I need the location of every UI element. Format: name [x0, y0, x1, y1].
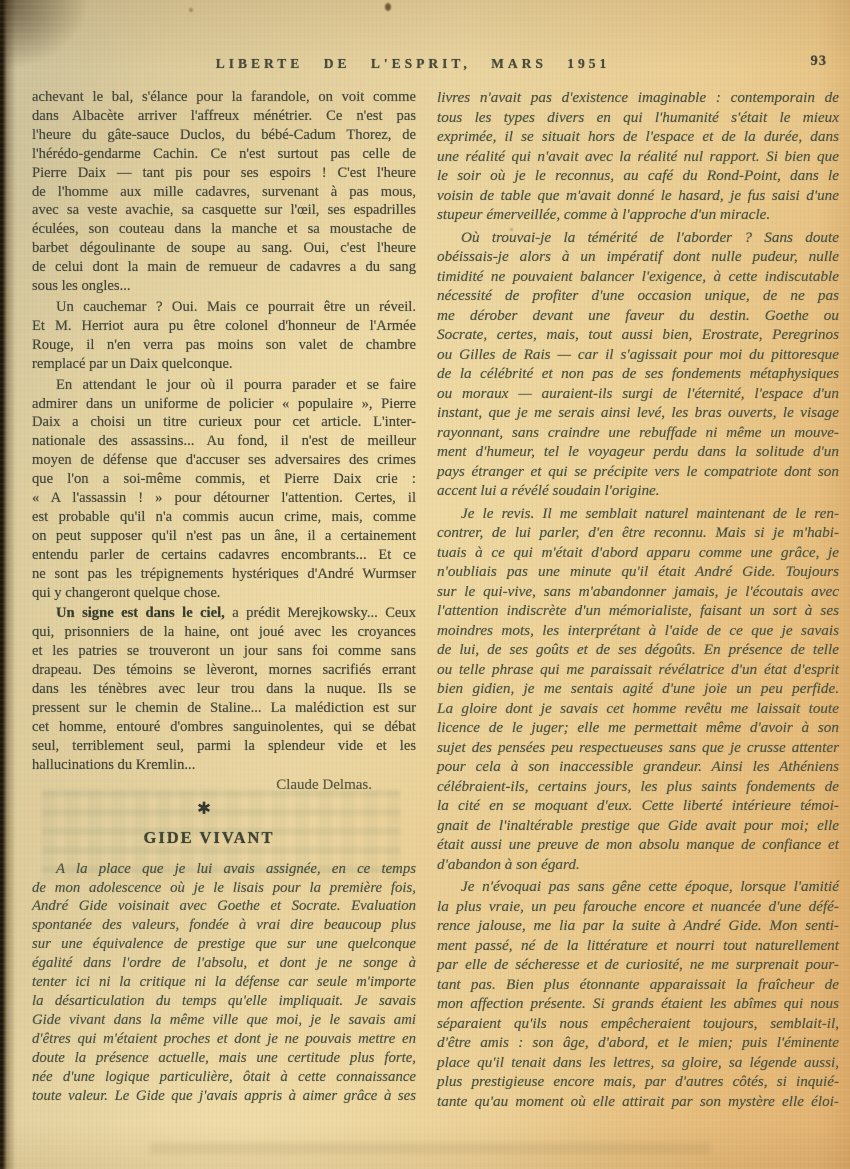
- text-line: de celui dont la main de remueur de cada…: [32, 258, 416, 277]
- text-line: En attendant le jour où il pourra parade…: [32, 376, 416, 395]
- text-line: on peut supposer qu'il n'est pas un âne,…: [32, 527, 416, 546]
- text-line: célébraient-ils, certains jours, les plu…: [437, 777, 839, 797]
- paragraph: Un signe est dans le ciel, a prédit Mere…: [32, 604, 416, 774]
- scanned-magazine-page: { "header": { "title": "LIBERTE DE L'ESP…: [0, 0, 850, 1169]
- text-line: ne sont pas les trépignements hystérique…: [32, 565, 416, 584]
- text-line: nécessité de profiter d'une occasion uni…: [437, 286, 839, 306]
- text-line: moyen de défense que d'accuser ses adver…: [32, 451, 416, 470]
- paragraph: Je le revis. Il me semblait naturel main…: [437, 504, 839, 875]
- paragraph: Un cauchemar ? Oui. Mais ce pourrait êtr…: [32, 298, 416, 374]
- text-line: que l'on a soi-même commis, et Pierre Da…: [32, 470, 416, 489]
- paragraph: En attendant le jour où il pourra parade…: [32, 376, 416, 603]
- text-line: instant, que je me serais ainsi levé, le…: [437, 403, 839, 423]
- bold-lead-text: Un signe est dans le ciel,: [56, 605, 225, 621]
- text-line: ment d'humeur, tel le voyageur perdu dan…: [437, 442, 839, 462]
- text-line: ou Gilles de Rais — car il s'agissait po…: [437, 345, 839, 365]
- paragraph: Où trouvai-je la témérité de l'aborder ?…: [437, 228, 839, 501]
- text-column-left: achevant le bal, s'élance pour la farand…: [32, 88, 416, 1107]
- text-line: Pierre Daix — tant pis pour ses espoirs …: [32, 164, 416, 183]
- text-line: sous les ongles...: [32, 277, 416, 296]
- text-line: exprimée, il se situait hors de l'espace…: [437, 127, 839, 147]
- text-line: Socrate, certes, mais, tout aussi bien, …: [437, 325, 839, 345]
- text-line: l'hérédo-gendarme Cachin. Ce n'est surto…: [32, 145, 416, 164]
- text-line: gnait de l'inaltérable prestige que Gide…: [437, 816, 839, 836]
- section-heading: GIDE VIVANT: [32, 828, 416, 848]
- text-line: dans les ténèbres avec leur trou dans la…: [32, 680, 416, 699]
- text-line: une réalité qui n'avait avec la réalité …: [437, 147, 839, 167]
- text-line: tenter ici ni la critique ni la défense …: [32, 973, 416, 992]
- text-line: avec sa veste avachie, sa casquette sur …: [32, 201, 416, 220]
- text-line: La gloire dont je savais cet homme revêt…: [437, 699, 839, 719]
- text-line: pressent sur le chemin de Staline... La …: [32, 699, 416, 718]
- text-line: spontanée des valeurs, fondée à vrai dir…: [32, 916, 416, 935]
- text-line: rayonnant, sans craindre une rebuffade n…: [437, 423, 839, 443]
- text-line: accent lui a révélé soudain l'origine.: [437, 481, 839, 501]
- publication-title: LIBERTE DE L'ESPRIT, MARS 1951: [216, 56, 610, 72]
- text-line: éculées, son couteau dans la manche et s…: [32, 220, 416, 239]
- text-line: Je le revis. Il me semblait naturel main…: [437, 504, 839, 524]
- text-line: séparaient qu'ils nous empêcheraient tou…: [437, 1014, 839, 1034]
- author-signature: Claude Delmas.: [32, 777, 416, 794]
- text-line: par elle de sécheresse et de curiosité, …: [437, 955, 839, 975]
- section-separator: ✱: [32, 796, 416, 822]
- text-line: sur le qui-vive, sans m'abandonner jamai…: [437, 582, 839, 602]
- text-line: qui, prisonniers de la haine, ont joué a…: [32, 623, 416, 642]
- text-line: et les patries se trouveront un jour san…: [32, 642, 416, 661]
- text-line: barbet dégoulinante de soupe au sang. Ou…: [32, 239, 416, 258]
- text-line: Rouge, il n'en verra pas moins son valet…: [32, 336, 416, 355]
- text-line: toute valeur. Le Gide que j'avais appris…: [32, 1087, 416, 1106]
- text-line: d'êtres qui m'étaient proches et dont je…: [32, 1030, 416, 1049]
- text-line: d'abandon à son égard.: [437, 855, 839, 875]
- text-line: seul, terriblement seul, parmi la splend…: [32, 737, 416, 756]
- text-line: la cité en se moquant d'eux. Cette liber…: [437, 796, 839, 816]
- text-line: sur une équivalence de prestige que sur …: [32, 935, 416, 954]
- text-line: voisin de table que m'avait donné le has…: [437, 186, 839, 206]
- text-line: ou moraux — auraient-ils surgi de l'éter…: [437, 384, 839, 404]
- text-line: égalité dans l'ordre de l'absolu, et don…: [32, 954, 416, 973]
- text-line: Je n'évoquai pas sans gêne cette époque,…: [437, 877, 839, 897]
- text-line: tante qu'au moment où elle attirait par …: [437, 1092, 839, 1112]
- paragraph: A la place que je lui avais assignée, en…: [32, 860, 416, 1106]
- paper-speck: [385, 3, 391, 11]
- text-line: de l'homme aux mille cadavres, survenant…: [32, 183, 416, 202]
- text-line: de lui, de ses goûts et de ses dégoûts. …: [437, 640, 839, 660]
- text-line: obéissais-je alors à un impératif dont n…: [437, 247, 839, 267]
- text-line: entendu parler de certains cadavres enco…: [32, 546, 416, 565]
- paragraph: livres n'avait pas d'existence imaginabl…: [437, 88, 839, 225]
- text-line: tuais à ce qui m'était d'abord apparu co…: [437, 543, 839, 563]
- ink-bleed-through: [150, 1143, 710, 1154]
- text-line: stupeur émerveillée, comme à l'approche …: [437, 205, 839, 225]
- text-line: ment passé, né de la littérature et nour…: [437, 936, 839, 956]
- text-line: de mon adolescence où je le lisais pour …: [32, 879, 416, 898]
- text-line: remplacé par un Daix quelconque.: [32, 355, 416, 374]
- text-line: Gide vivant dans la même ville que moi, …: [32, 1011, 416, 1030]
- text-line: achevant le bal, s'élance pour la farand…: [32, 88, 416, 107]
- paper-speck: [189, 8, 193, 12]
- text-line: le soir où je le reconnus, au café du Ro…: [437, 166, 839, 186]
- text-line: nationale des assassins... Au fond, il n…: [32, 432, 416, 451]
- text-line: rence jalouse, me lia par la suite à And…: [437, 916, 839, 936]
- text-line: livres n'avait pas d'existence imaginabl…: [437, 88, 839, 108]
- page-number: 93: [811, 53, 828, 70]
- text-line: moindres mots, les interprétant à l'aide…: [437, 621, 839, 641]
- text-line: plus prestigieuse encore mais, par d'aut…: [437, 1072, 839, 1092]
- text-line: était aussi une preuve de mon absolu man…: [437, 835, 839, 855]
- text-line: « A l'assassin ! » pour détourner l'atte…: [32, 489, 416, 508]
- text-line: sujet des pensées peu respectueuses sans…: [437, 738, 839, 758]
- text-line: née d'une logique particulière, ôtait à …: [32, 1068, 416, 1087]
- page-spine-shadow: [0, 0, 16, 1169]
- text-line: cet homme, entouré d'ombres sanguinolent…: [32, 718, 416, 737]
- paragraph: achevant le bal, s'élance pour la farand…: [32, 88, 416, 296]
- text-line: l'heure du gâte-sauce Duclos, du bébé-Ca…: [32, 126, 416, 145]
- text-line: timidité ne pouvaient balancer l'exigenc…: [437, 267, 839, 287]
- text-line: tant pas. Bien plus étonnante apparaissa…: [437, 975, 839, 995]
- text-line: drapeau. Des témoins se lèveront, mornes…: [32, 661, 416, 680]
- text-line: A la place que je lui avais assignée, en…: [32, 860, 416, 879]
- text-line: la plus vraie, un peu farouche encore et…: [437, 897, 839, 917]
- text-line: doute la présence actuelle, mais une cer…: [32, 1049, 416, 1068]
- text-line: me dérober devant une faveur du destin. …: [437, 306, 839, 326]
- text-column-right: livres n'avait pas d'existence imaginabl…: [437, 88, 839, 1114]
- text-line: est probable qu'il n'a commis aucun crim…: [32, 508, 416, 527]
- asterisk-star-icon: ✱: [197, 796, 211, 822]
- text-line: Où trouvai-je la témérité de l'aborder ?…: [437, 228, 839, 248]
- running-header: LIBERTE DE L'ESPRIT, MARS 1951: [0, 55, 850, 73]
- text-line: tous les types divers en qui l'humanité …: [437, 108, 839, 128]
- paper-speck: [510, 228, 513, 231]
- text-line: de la célébrité et non pas de ses fondem…: [437, 364, 839, 384]
- text-line: n'oubliais pas une minute qu'il était An…: [437, 562, 839, 582]
- text-line: d'être amis : son âge, d'abord, et le mi…: [437, 1033, 839, 1053]
- text-line: la désarticulation du temps qu'elle impl…: [32, 992, 416, 1011]
- text-line: ou telle phrase qui me paraissait révéla…: [437, 660, 839, 680]
- text-line: licence de le juger; elle me permettait …: [437, 718, 839, 738]
- text-line: l'attention indiscrète d'un mémorialiste…: [437, 601, 839, 621]
- text-line: pour cela à son inaccessible grandeur. A…: [437, 757, 839, 777]
- text-line: Et M. Herriot aura pu être colonel d'hon…: [32, 317, 416, 336]
- text-line: pays étranger et qui se précipite vers l…: [437, 462, 839, 482]
- text-line: dans Albacète arriver l'affreux ménétrie…: [32, 107, 416, 126]
- text-line: place qu'il tenait dans les lettres, sa …: [437, 1053, 839, 1073]
- text-line: André Gide voisinait avec Goethe et Socr…: [32, 897, 416, 916]
- text-line: admirer dans un uniforme de policier « p…: [32, 395, 416, 414]
- text-line: qui y changeront quelque chose.: [32, 584, 416, 603]
- text-line: bien gidien, je me sentais agité d'une j…: [437, 679, 839, 699]
- paragraph: Je n'évoquai pas sans gêne cette époque,…: [437, 877, 839, 1111]
- text-line: Daix a choisi un titre curieux pour cet …: [32, 413, 416, 432]
- section-heading-text: GIDE VIVANT: [144, 828, 275, 848]
- text-line: contrer, de lui parler, d'en être reconn…: [437, 523, 839, 543]
- text-line: hallucinations du Kremlin...: [32, 756, 416, 775]
- text-line: mon affection présente. Si grands étaien…: [437, 994, 839, 1014]
- text-line: Un signe est dans le ciel, a prédit Mere…: [32, 604, 416, 623]
- text-line: Un cauchemar ? Oui. Mais ce pourrait êtr…: [32, 298, 416, 317]
